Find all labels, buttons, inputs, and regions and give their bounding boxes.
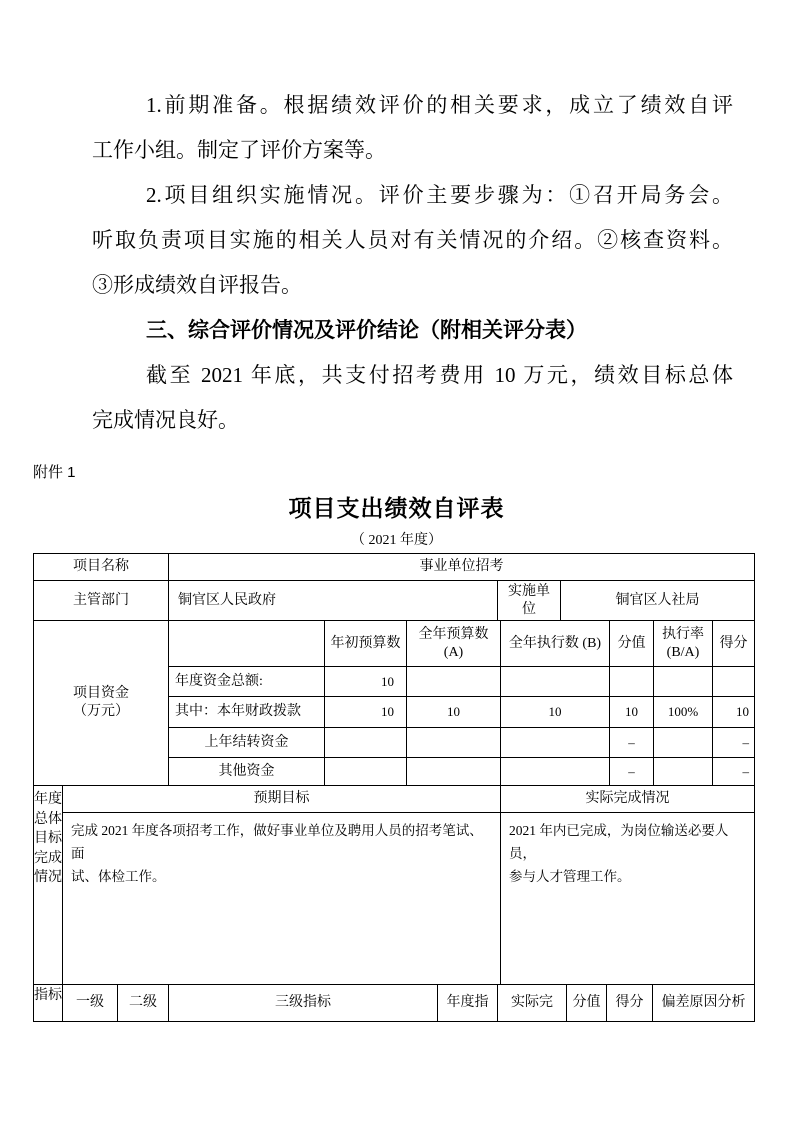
row-carryover-weight: –: [609, 727, 654, 758]
row-total-exec: [500, 666, 610, 697]
cell-project-name-label: 项目名称: [33, 553, 169, 581]
body-text: 1.前期准备。根据绩效评价的相关要求，成立了绩效自评 工作小组。制定了评价方案等…: [92, 83, 733, 443]
cell-actual-text: 2021 年内已完成，为岗位输送必要人员， 参与人才管理工作。: [500, 812, 755, 985]
row-carryover-budget: [406, 727, 501, 758]
col-initial-budget: 年初预算数: [324, 620, 407, 667]
row-carryover-rate: [653, 727, 713, 758]
cell-actual-header: 实际完成情况: [500, 785, 755, 813]
cell-impl-label: 实施单位: [497, 580, 561, 621]
row-total-initial: 10: [324, 666, 407, 697]
paragraph-line: 截至 2021 年底，共支付招考费用 10 万元，绩效目标总体: [92, 353, 733, 398]
impl-label-text: 实施单位: [506, 583, 552, 619]
row-other-label: 其他资金: [168, 757, 325, 786]
row-total-rate: [653, 666, 713, 697]
row-other-rate: [653, 757, 713, 786]
row-fiscal-label: 其中：本年财政拨款: [168, 696, 325, 728]
col-exec-rate: 执行率 (B/A): [653, 620, 713, 667]
cell-dept: 铜官区人民政府: [168, 580, 498, 621]
paragraph-line: 2.项目组织实施情况。评价主要步骤为：①召开局务会。: [92, 173, 733, 218]
row-total-budget: [406, 666, 501, 697]
cell-expected-header: 预期目标: [62, 785, 501, 813]
row-fiscal-weight: 10: [609, 696, 654, 728]
row-other-score: –: [712, 757, 755, 786]
cell-indicator-side-label: 指标: [33, 984, 63, 1022]
row-total-weight: [609, 666, 654, 697]
col-actual-value: 实际完: [497, 984, 567, 1022]
row-total-label: 年度资金总额:: [168, 666, 325, 697]
row-fiscal-initial: 10: [324, 696, 407, 728]
attachment-label: 附件 1: [33, 461, 76, 482]
col-indicator-weight: 分值: [566, 984, 607, 1022]
row-other-budget: [406, 757, 501, 786]
col-score: 得分: [712, 620, 755, 667]
row-other-weight: –: [609, 757, 654, 786]
col-level2: 二级: [117, 984, 169, 1022]
cell-budget-header-empty: [168, 620, 325, 667]
row-fiscal-budget: 10: [406, 696, 501, 728]
table-subtitle: （ 2021 年度）: [0, 529, 793, 549]
row-carryover-label: 上年结转资金: [168, 727, 325, 758]
table-title: 项目支出绩效自评表: [0, 490, 793, 523]
col-indicator-score: 得分: [606, 984, 653, 1022]
col-annual-budget: 全年预算数 (A): [406, 620, 501, 667]
paragraph-line: 1.前期准备。根据绩效评价的相关要求，成立了绩效自评: [92, 83, 733, 128]
col-level3: 三级指标: [168, 984, 438, 1022]
paragraph-line: 听取负责项目实施的相关人员对有关情况的介绍。②核查资料。: [92, 218, 733, 263]
row-carryover-exec: [500, 727, 610, 758]
col-level1: 一级: [62, 984, 118, 1022]
col-deviation: 偏差原因分析: [652, 984, 755, 1022]
section-heading: 三、综合评价情况及评价结论（附相关评分表）: [92, 308, 733, 353]
row-fiscal-exec: 10: [500, 696, 610, 728]
col-annual-exec: 全年执行数 (B): [500, 620, 610, 667]
row-fiscal-rate: 100%: [653, 696, 713, 728]
cell-project-name: 事业单位招考: [168, 553, 755, 581]
row-fiscal-score: 10: [712, 696, 755, 728]
document-page: 1.前期准备。根据绩效评价的相关要求，成立了绩效自评 工作小组。制定了评价方案等…: [0, 0, 793, 1122]
row-carryover-initial: [324, 727, 407, 758]
row-other-exec: [500, 757, 610, 786]
row-total-score: [712, 666, 755, 697]
self-evaluation-table: 项目名称 事业单位招考 主管部门 铜官区人民政府 实施单位 铜官区人社局 项目资…: [33, 553, 755, 1022]
paragraph-line: 完成情况良好。: [92, 398, 733, 443]
paragraph-line: 工作小组。制定了评价方案等。: [92, 128, 733, 173]
cell-impl: 铜官区人社局: [560, 580, 755, 621]
cell-dept-label: 主管部门: [33, 580, 169, 621]
row-other-initial: [324, 757, 407, 786]
cell-goal-side-label: 年度总体目标完成情况: [33, 785, 63, 985]
paragraph-line: ③形成绩效自评报告。: [92, 263, 733, 308]
cell-funds-label: 项目资金 （万元）: [33, 620, 169, 786]
row-carryover-score: –: [712, 727, 755, 758]
col-annual-value: 年度指: [437, 984, 498, 1022]
col-weight: 分值: [609, 620, 654, 667]
cell-expected-text: 完成 2021 年度各项招考工作，做好事业单位及聘用人员的招考笔试、面 试、体检…: [62, 812, 501, 985]
